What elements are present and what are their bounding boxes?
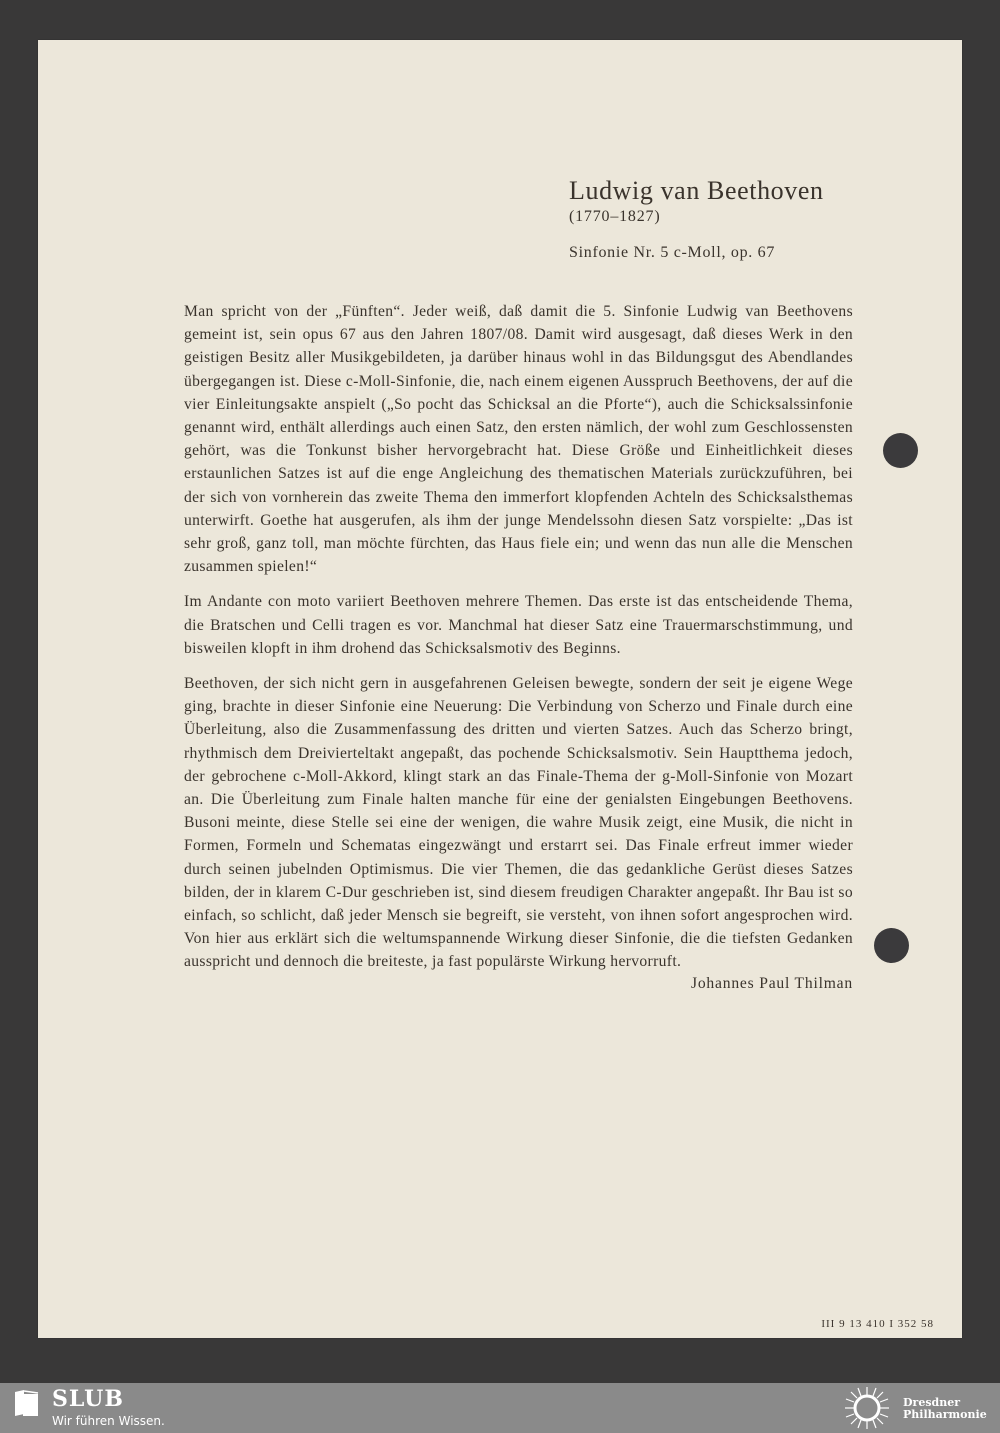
document-page: Ludwig van Beethoven (1770–1827) Sinfoni… xyxy=(38,40,962,1338)
paragraph-andante: Im Andante con moto variiert Beethoven m… xyxy=(184,590,853,660)
author-signature: Johannes Paul Thilman xyxy=(184,972,853,995)
philharmonie-sunburst-icon[interactable] xyxy=(842,1386,892,1430)
page-header: Ludwig van Beethoven (1770–1827) Sinfoni… xyxy=(569,176,824,264)
library-name[interactable]: SLUB xyxy=(52,1386,124,1412)
punch-hole-lower xyxy=(874,928,909,963)
archive-number: III 9 13 410 I 352 58 xyxy=(821,1318,934,1330)
paragraph-first-movement: Man spricht von der „Fünften“. Jeder wei… xyxy=(184,300,853,578)
viewer-footer-bar: SLUB Wir führen Wissen. xyxy=(0,1383,1000,1433)
composer-name: Ludwig van Beethoven xyxy=(569,176,824,206)
work-title: Sinfonie Nr. 5 c-Moll, op. 67 xyxy=(569,242,824,264)
composer-dates: (1770–1827) xyxy=(569,206,824,228)
paragraph-scherzo-finale: Beethoven, der sich nicht gern in ausgef… xyxy=(184,672,853,974)
partner-name-line2: Philharmonie xyxy=(903,1408,987,1421)
program-note-text: Man spricht von der „Fünften“. Jeder wei… xyxy=(184,300,853,995)
punch-hole-upper xyxy=(883,433,918,468)
library-tagline: Wir führen Wissen. xyxy=(52,1414,165,1429)
slub-book-icon[interactable] xyxy=(12,1388,42,1418)
partner-name[interactable]: Dresdner Philharmonie xyxy=(903,1397,987,1421)
